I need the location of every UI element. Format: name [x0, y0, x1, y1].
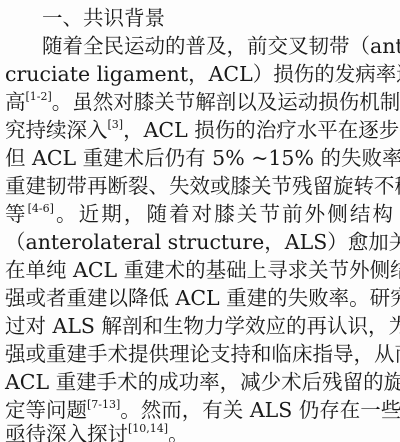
paragraph-line: 在单纯 ACL 重建术的基础上寻求关节外侧结构加: [5, 256, 393, 284]
citation: [10,14]: [128, 422, 168, 435]
paragraph-line: 但 ACL 重建术后仍有 5% ~15% 的失败率，表现为: [5, 144, 393, 172]
section-heading: 一、共识背景: [42, 4, 165, 32]
paragraph-line: ACL 重建手术的成功率，减少术后残留的旋转不稳: [5, 368, 393, 396]
paragraph-line: 等[4-6]。近期，随着对膝关节前外侧结构: [5, 200, 393, 228]
paragraph-line: 重建韧带再断裂、失效或膝关节残留旋转不稳定: [5, 172, 393, 200]
citation: [4-6]: [28, 202, 54, 215]
paragraph-line: 高[1-2]。虽然对膝关节解剖以及运动损伤机制的研: [5, 88, 393, 116]
paragraph-line: 强或重建手术提供理论支持和临床指导，从而提高: [5, 340, 393, 368]
citation: [1-2]: [26, 90, 52, 103]
citation: [7-13]: [87, 398, 120, 411]
citation: [3]: [108, 118, 124, 131]
paragraph-line: 亟待深入探讨[10,14]。: [5, 420, 189, 442]
paragraph-line: 过对 ALS 解剖和生物力学效应的再认识，为 ALS 加: [5, 312, 393, 340]
document-page: 一、共识背景 随着全民运动的普及，前交叉韧带（anterior cruciate…: [0, 0, 400, 442]
paragraph-line: 究持续深入[3]，ACL 损伤的治疗水平在逐步提高，: [5, 116, 393, 144]
paragraph-line: 随着全民运动的普及，前交叉韧带（anterior: [42, 32, 393, 60]
paragraph-line: cruciate ligament，ACL）损伤的发病率逐年增: [5, 60, 393, 88]
paragraph-line: 强或者重建以降低 ACL 重建的失败率。研究者通: [5, 284, 393, 312]
paragraph-line: （anterolateral structure，ALS）愈加关注，研究者开始: [5, 228, 393, 256]
